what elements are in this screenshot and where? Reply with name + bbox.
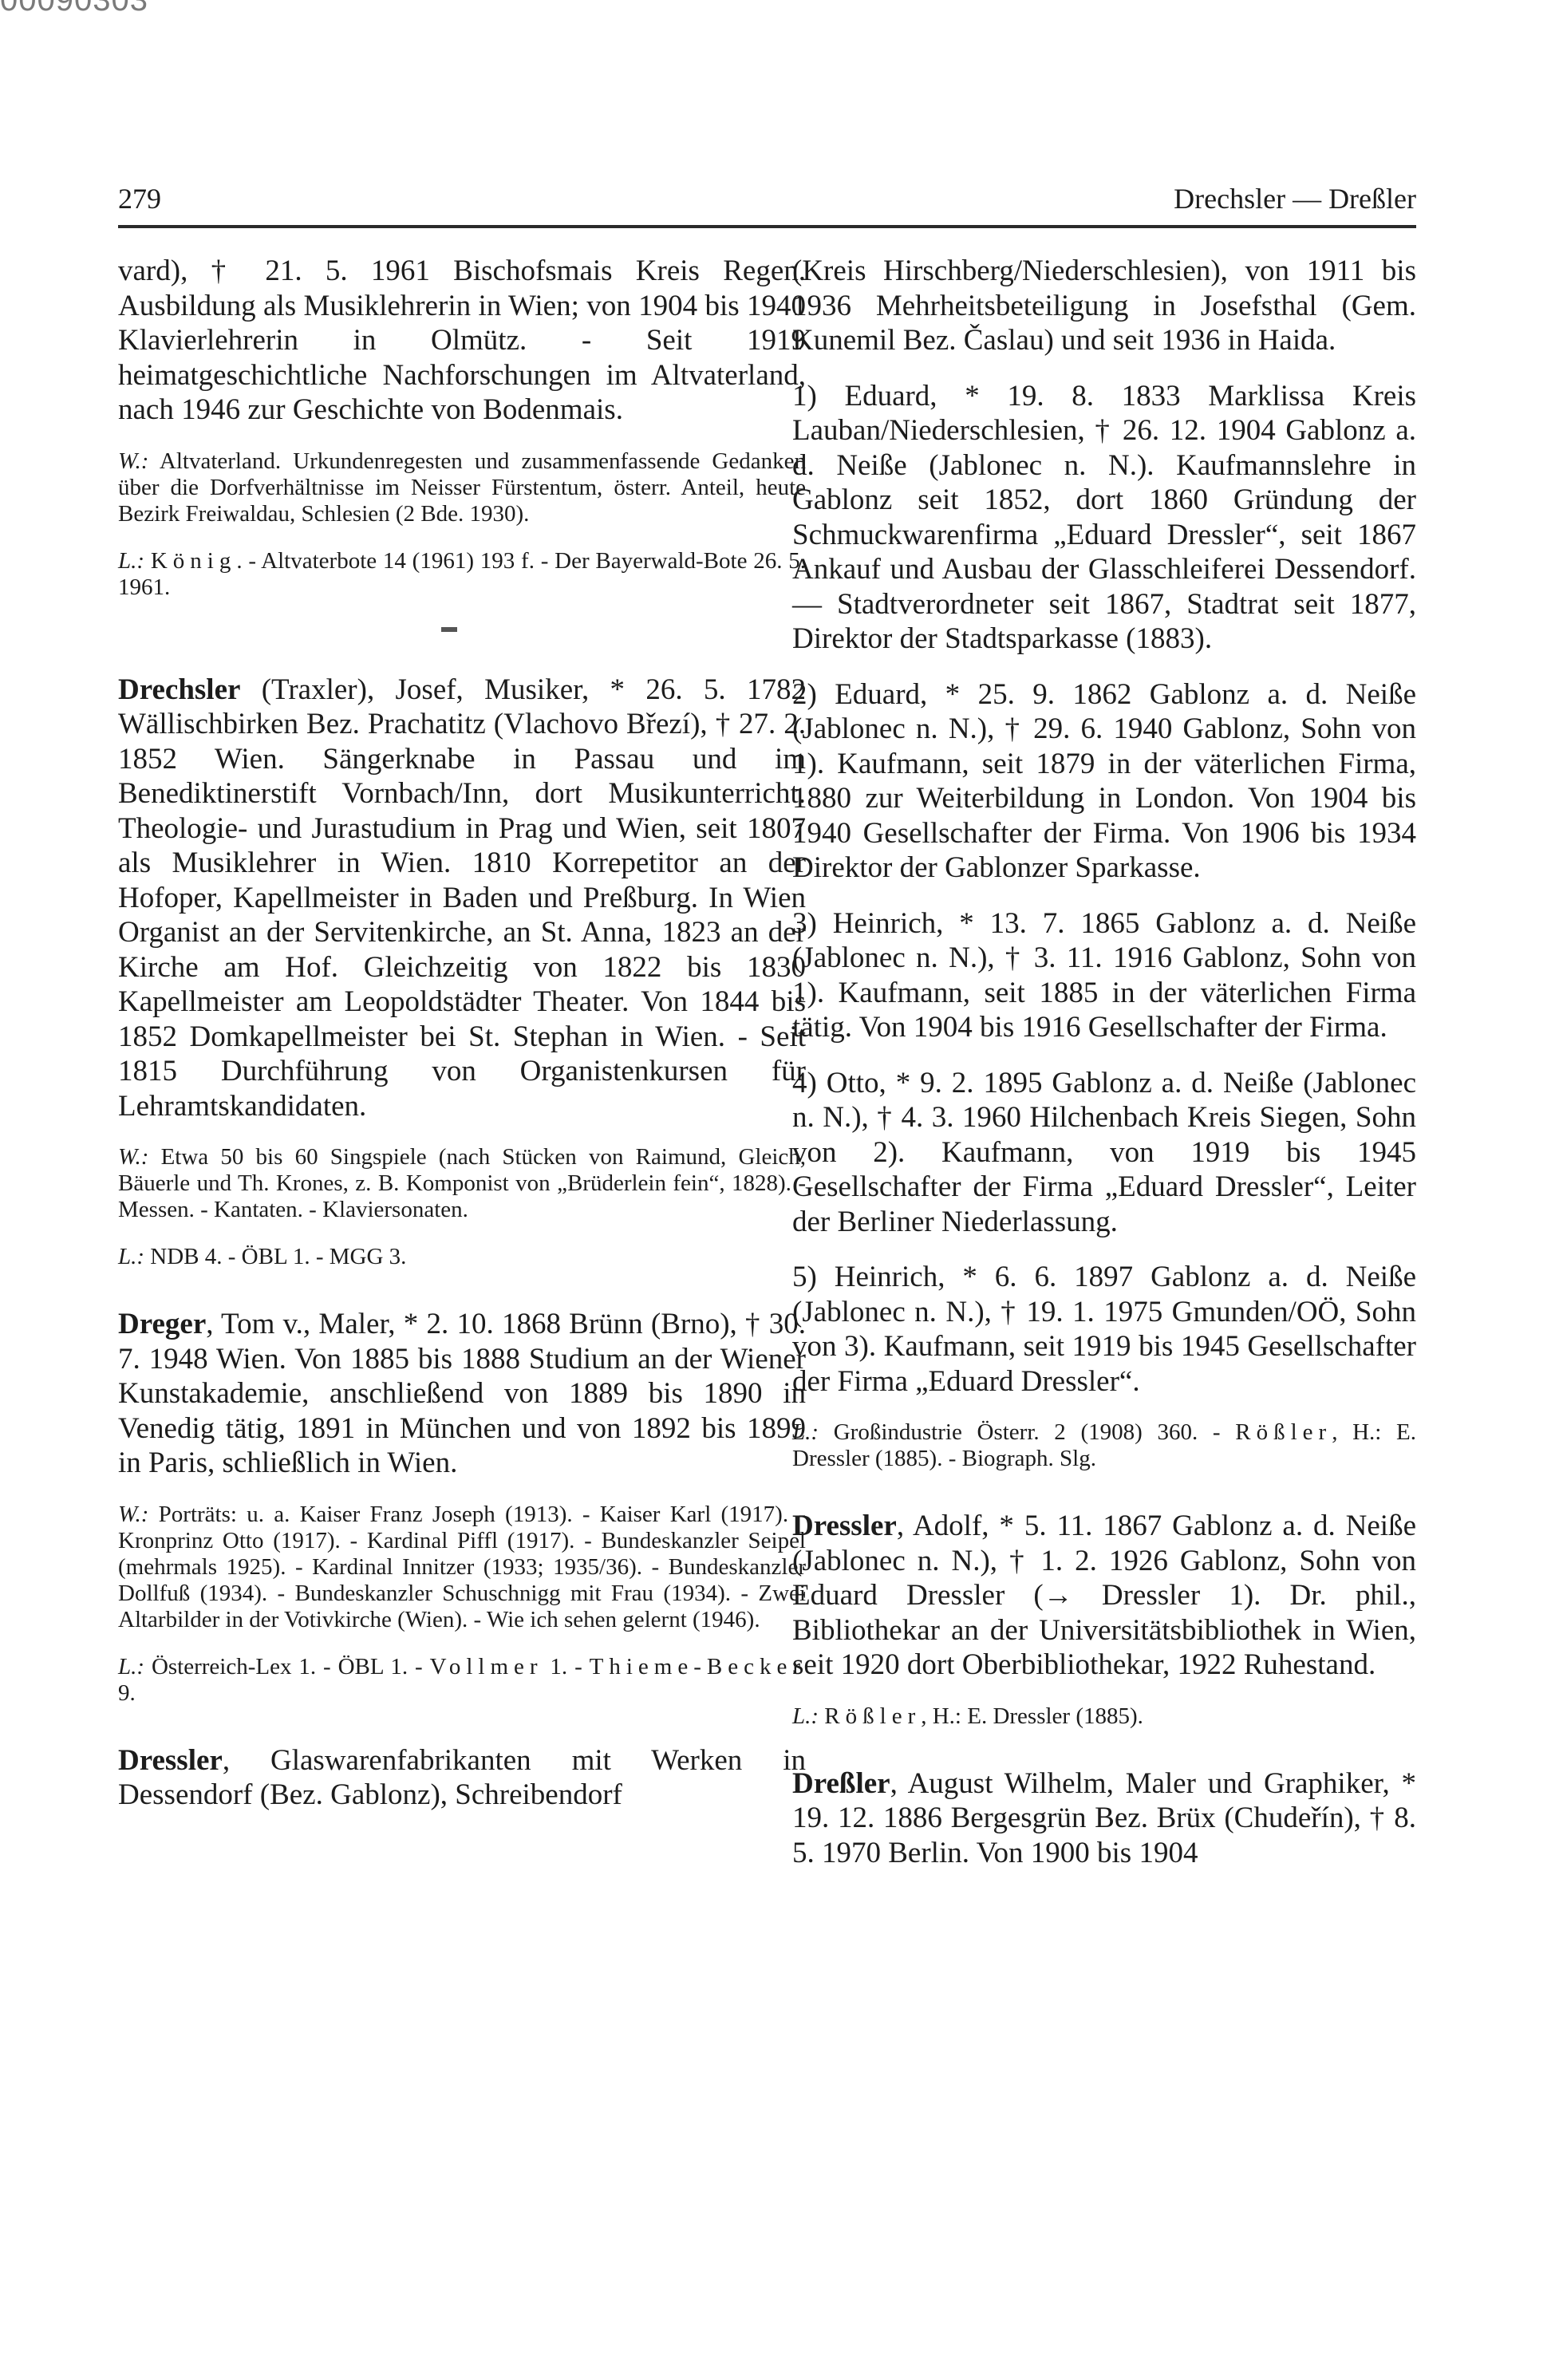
family-continuation-text: (Kreis Hirschberg/Niederschlesien), von … xyxy=(792,254,1416,358)
family-member-3: 3) Heinrich, * 13. 7. 1865 Gablonz a. d.… xyxy=(792,906,1416,1045)
entry-drechsler: Drechsler (Traxler), Josef, Musiker, * 2… xyxy=(118,673,806,1271)
literature-label: L.: xyxy=(118,548,144,574)
entry-body: Drechsler (Traxler), Josef, Musiker, * 2… xyxy=(118,673,806,1124)
entry-dressler-family: Dressler, Glaswarenfabrikanten mit Werke… xyxy=(118,1743,806,1813)
entry-lemma: Dressler xyxy=(118,1744,223,1777)
header-rule xyxy=(118,225,1416,228)
entry-works: W.: Porträts: u. a. Kaiser Franz Joseph … xyxy=(118,1502,806,1633)
literature-author: Thieme-Becker xyxy=(590,1654,806,1679)
entry-continuation-literature: L.: König. - Altvaterbote 14 (1961) 193 … xyxy=(118,548,806,601)
family-member-5: 5) Heinrich, * 6. 6. 1897 Gablonz a. d. … xyxy=(792,1260,1416,1399)
entry-continuation-text: vard), † 21. 5. 1961 Bischofsmais Kreis … xyxy=(118,254,806,428)
literature-text: , H.: E. Dressler (1885). xyxy=(921,1703,1143,1729)
page-number: 279 xyxy=(118,182,161,215)
entry-separator: ▬ xyxy=(118,622,806,649)
entry-text: (Traxler), Josef, Musiker, * 26. 5. 1782… xyxy=(118,673,806,1123)
entry-lemma: Drechsler xyxy=(118,673,240,706)
literature-author: Rößler xyxy=(824,1703,921,1729)
literature-author: Rößler xyxy=(1235,1419,1332,1445)
entry-body: Dreger, Tom v., Maler, * 2. 10. 1868 Brü… xyxy=(118,1307,806,1481)
works-label: W.: xyxy=(118,1144,148,1170)
literature-label: L.: xyxy=(118,1654,144,1679)
works-text: Etwa 50 bis 60 Singspiele (nach Stücken … xyxy=(118,1144,806,1222)
literature-text: Großindustrie Österr. 2 (1908) 360. - xyxy=(834,1419,1236,1445)
page-header: 279 Drechsler — Dreßler xyxy=(118,182,1416,214)
entry-dreger: Dreger, Tom v., Maler, * 2. 10. 1868 Brü… xyxy=(118,1307,806,1707)
literature-text: NDB 4. - ÖBL 1. - MGG 3. xyxy=(150,1244,406,1269)
works-text: Altvaterland. Urkundenregesten und zusam… xyxy=(118,448,806,527)
literature-label: L.: xyxy=(118,1244,144,1269)
works-label: W.: xyxy=(118,448,148,474)
entry-body: Dressler, Adolf, * 5. 11. 1867 Gablonz a… xyxy=(792,1509,1416,1683)
entry-literature: L.: NDB 4. - ÖBL 1. - MGG 3. xyxy=(118,1244,806,1270)
entry-lemma: Dreger xyxy=(118,1308,206,1340)
running-head: Drechsler — Dreßler xyxy=(1174,182,1416,215)
family-literature: L.: Großindustrie Österr. 2 (1908) 360. … xyxy=(792,1419,1416,1472)
entry-continuation-works: W.: Altvaterland. Urkundenregesten und z… xyxy=(118,448,806,527)
works-label: W.: xyxy=(118,1502,148,1527)
entry-body: Dressler, Glaswarenfabrikanten mit Werke… xyxy=(118,1743,806,1813)
right-column: (Kreis Hirschberg/Niederschlesien), von … xyxy=(792,254,1416,1891)
literature-label: L.: xyxy=(792,1419,819,1445)
literature-text: 1. - xyxy=(543,1654,590,1679)
separator-mark: ▬ xyxy=(441,618,457,637)
literature-author: König xyxy=(151,548,237,574)
entry-literature: L.: Österreich-Lex 1. - ÖBL 1. - Vollmer… xyxy=(118,1654,806,1707)
entry-literature: L.: Rößler, H.: E. Dressler (1885). xyxy=(792,1703,1416,1730)
entry-lemma: Dressler xyxy=(792,1510,897,1542)
entry-body: Dreßler, August Wilhelm, Maler und Graph… xyxy=(792,1766,1416,1871)
family-member-2: 2) Eduard, * 25. 9. 1862 Gablonz a. d. N… xyxy=(792,677,1416,886)
entry-dressler-august: Dreßler, August Wilhelm, Maler und Graph… xyxy=(792,1766,1416,1871)
literature-author: Vollmer xyxy=(430,1654,543,1679)
scan-id-label: 00090303 xyxy=(0,0,148,18)
entry-lemma: Dreßler xyxy=(792,1767,890,1800)
literature-text: 9. xyxy=(118,1680,136,1706)
works-text: Porträts: u. a. Kaiser Franz Joseph (191… xyxy=(118,1502,806,1632)
family-member-1: 1) Eduard, * 19. 8. 1833 Marklissa Kreis… xyxy=(792,379,1416,657)
left-column: vard), † 21. 5. 1961 Bischofsmais Kreis … xyxy=(118,254,806,1833)
entry-works: W.: Etwa 50 bis 60 Singspiele (nach Stüc… xyxy=(118,1144,806,1223)
literature-text: Österreich-Lex 1. - ÖBL 1. - xyxy=(152,1654,430,1679)
entry-dressler-adolf: Dressler, Adolf, * 5. 11. 1867 Gablonz a… xyxy=(792,1509,1416,1730)
literature-label: L.: xyxy=(792,1703,819,1729)
entry-text: , Tom v., Maler, * 2. 10. 1868 Brünn (Br… xyxy=(118,1308,806,1479)
family-member-4: 4) Otto, * 9. 2. 1895 Gablonz a. d. Neiß… xyxy=(792,1066,1416,1240)
